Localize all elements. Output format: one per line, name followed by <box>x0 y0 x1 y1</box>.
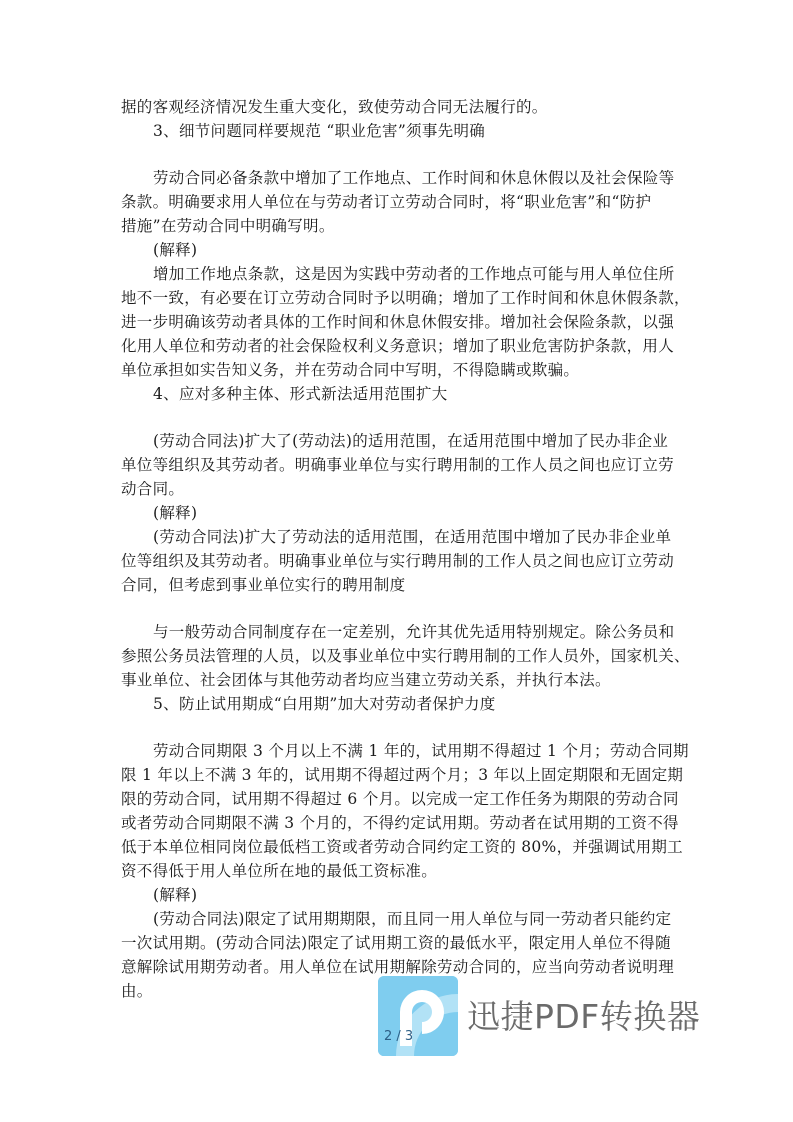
watermark-brand: 迅捷PDF转换器 <box>467 997 700 1037</box>
paragraph-gap <box>121 716 673 739</box>
paragraph-gap <box>121 406 673 429</box>
text-line: 动合同。 <box>121 477 673 501</box>
text-line: (解释) <box>121 238 673 262</box>
text-line: 劳动合同期限 3 个月以上不满 1 年的，试用期不得超过 1 个月；劳动合同期 <box>121 739 673 763</box>
text-line: 参照公务员法管理的人员，以及事业单位中实行聘用制的工作人员外，国家机关、 <box>121 644 673 668</box>
text-line: 资不得低于用人单位所在地的最低工资标准。 <box>121 859 673 883</box>
text-line: (劳动合同法)限定了试用期期限，而且同一用人单位与同一劳动者只能约定 <box>121 907 673 931</box>
text-line: 一次试用期。(劳动合同法)限定了试用期工资的最低水平，限定用人单位不得随 <box>121 931 673 955</box>
text-line: (劳动合同法)扩大了劳动法的适用范围，在适用范围中增加了民办非企业单 <box>121 525 673 549</box>
text-line: 3、细节问题同样要规范 “职业危害”须事先明确 <box>121 119 673 143</box>
text-line: (劳动合同法)扩大了(劳动法)的适用范围，在适用范围中增加了民办非企业 <box>121 429 673 453</box>
text-line: 或者劳动合同期限不满 3 个月的，不得约定试用期。劳动者在试用期的工资不得 <box>121 811 673 835</box>
text-line: 条款。明确要求用人单位在与劳动者订立劳动合同时，将“职业危害”和“防护 <box>121 190 673 214</box>
text-line: 措施”在劳动合同中明确写明。 <box>121 214 673 238</box>
text-line: 单位等组织及其劳动者。明确事业单位与实行聘用制的工作人员之间也应订立劳 <box>121 453 673 477</box>
text-line: 低于本单位相同岗位最低档工资或者劳动合同约定工资的 80%，并强调试用期工 <box>121 835 673 859</box>
text-line: 合同，但考虑到事业单位实行的聘用制度 <box>121 573 673 597</box>
paragraph-gap <box>121 143 673 166</box>
text-line: 劳动合同必备条款中增加了工作地点、工作时间和休息休假以及社会保险等 <box>121 166 673 190</box>
text-line: 5、防止试用期成“白用期”加大对劳动者保护力度 <box>121 692 673 716</box>
text-line: 据的客观经济情况发生重大变化，致使劳动合同无法履行的。 <box>121 95 673 119</box>
text-line: 进一步明确该劳动者具体的工作时间和休息休假安排。增加社会保险条款，以强 <box>121 310 673 334</box>
text-line: 限 1 年以上不满 3 年的，试用期不得超过两个月；3 年以上固定期限和无固定期 <box>121 763 673 787</box>
text-line: 事业单位、社会团体与其他劳动者均应当建立劳动关系，并执行本法。 <box>121 668 673 692</box>
text-line: 4、应对多种主体、形式新法适用范围扩大 <box>121 382 673 406</box>
text-line: 单位承担如实告知义务，并在劳动合同中写明，不得隐瞒或欺骗。 <box>121 358 673 382</box>
text-line: 增加工作地点条款，这是因为实践中劳动者的工作地点可能与用人单位住所 <box>121 262 673 286</box>
p-logo-icon <box>378 976 458 1056</box>
text-line: 地不一致，有必要在订立劳动合同时予以明确；增加了工作时间和休息休假条款， <box>121 286 673 310</box>
text-line: (解释) <box>121 883 673 907</box>
document-page: 据的客观经济情况发生重大变化，致使劳动合同无法履行的。3、细节问题同样要规范 “… <box>121 95 673 1003</box>
text-line: (解释) <box>121 501 673 525</box>
text-line: 化用人单位和劳动者的社会保险权利义务意识；增加了职业危害防护条款，用人 <box>121 334 673 358</box>
page-indicator: 2 / 3 <box>384 1029 413 1044</box>
text-line: 限的劳动合同，试用期不得超过 6 个月。以完成一定工作任务为期限的劳动合同 <box>121 787 673 811</box>
text-line: 位等组织及其劳动者。明确事业单位与实行聘用制的工作人员之间也应订立劳动 <box>121 549 673 573</box>
text-line: 与一般劳动合同制度存在一定差别，允许其优先适用特别规定。除公务员和 <box>121 620 673 644</box>
paragraph-gap <box>121 597 673 620</box>
